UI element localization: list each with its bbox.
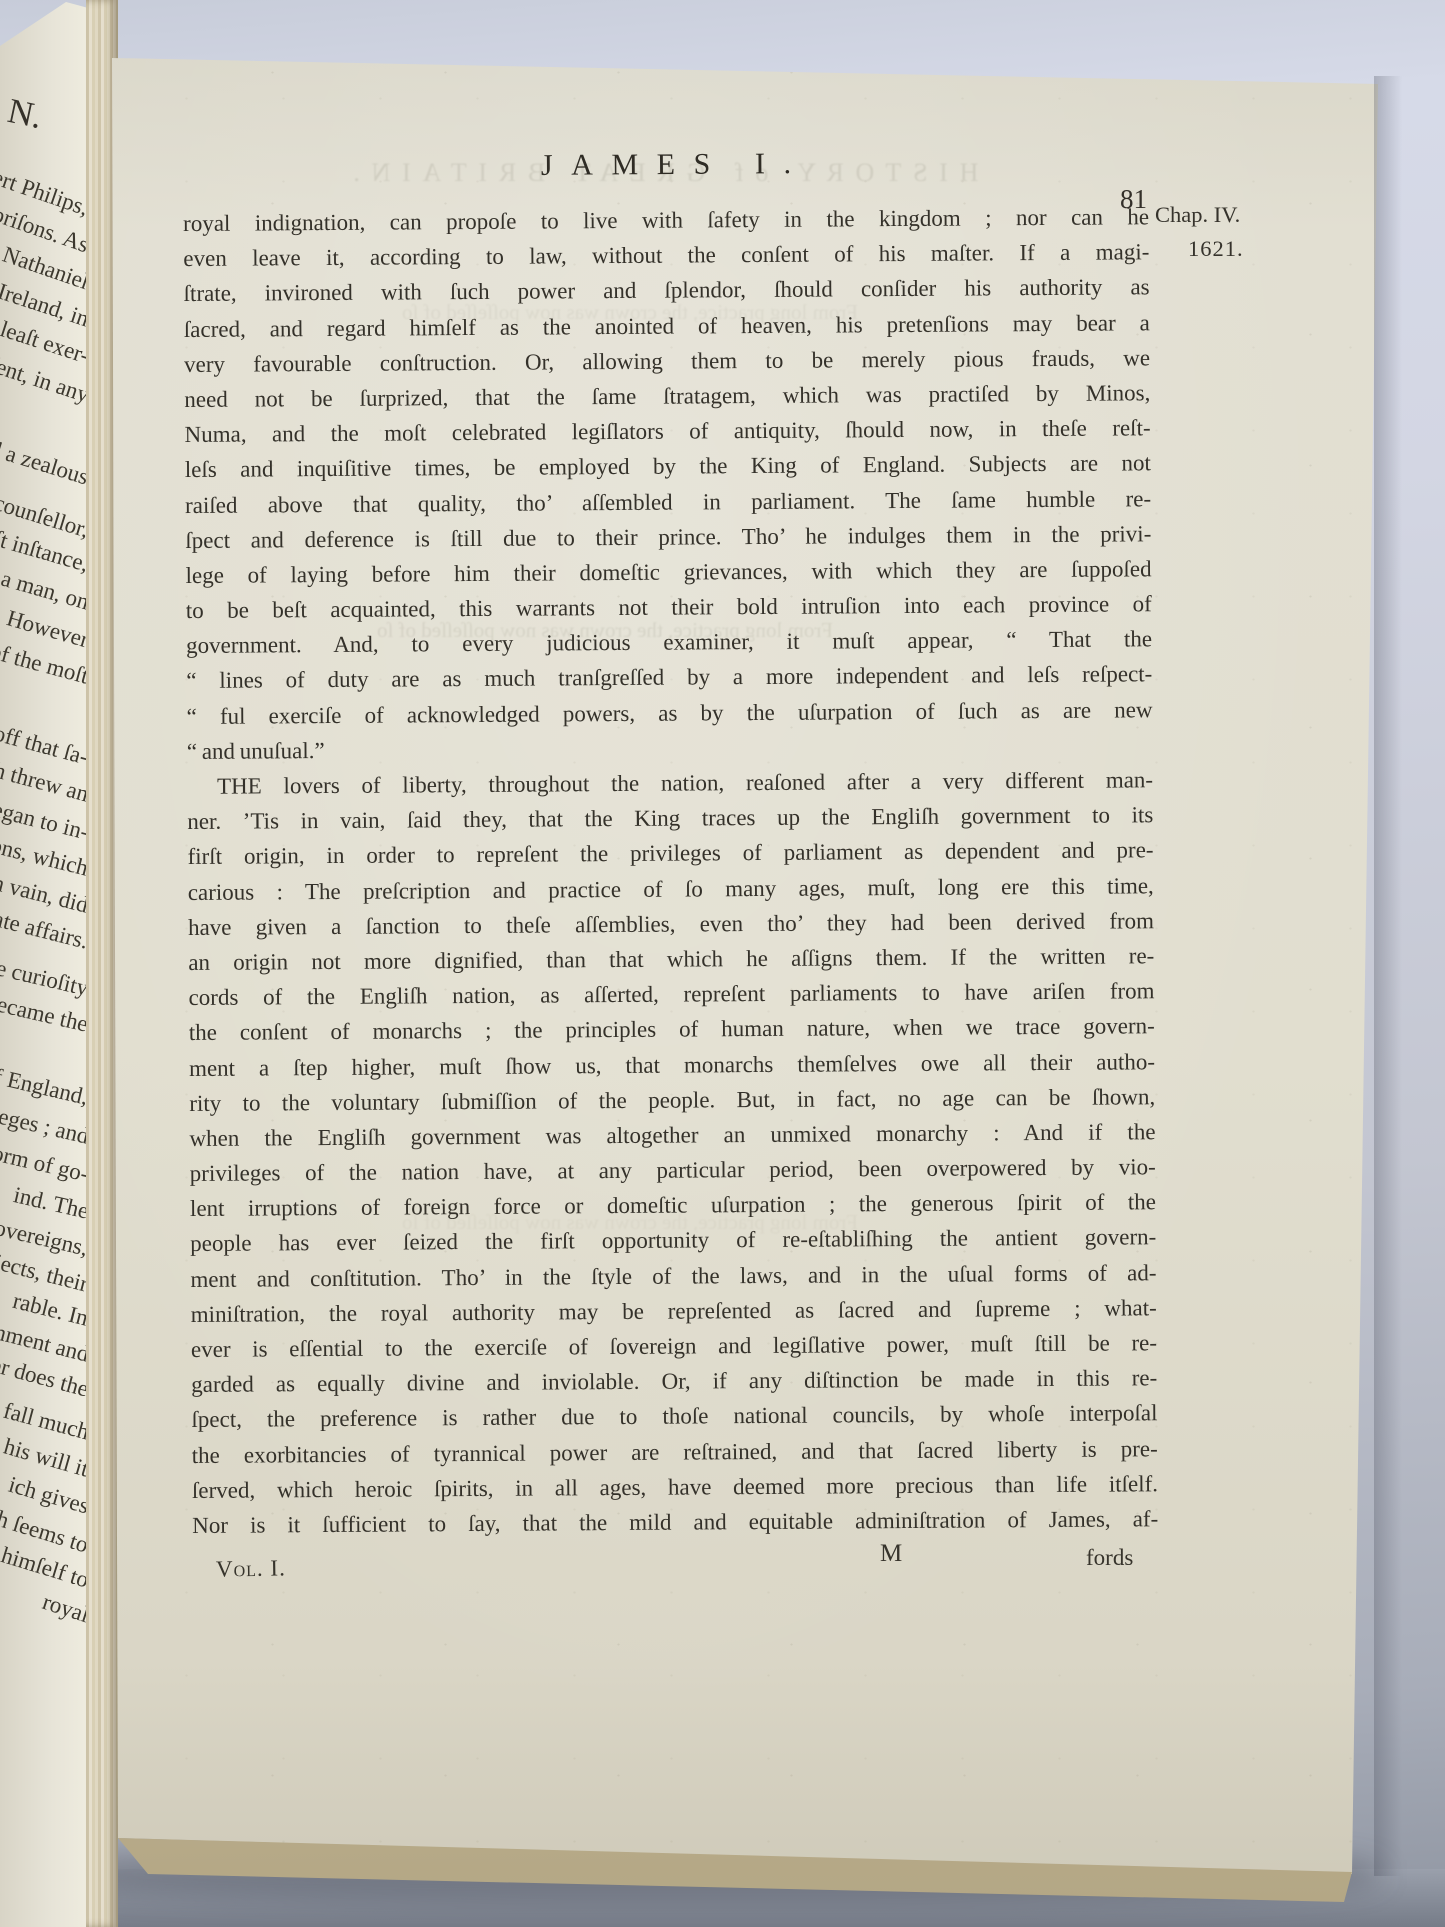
facing-page-text-fragment: nd a zealous: [0, 432, 92, 490]
footer-signature-mark: M: [880, 1540, 902, 1568]
book-page: HISTORY of GREAT BRITAIN. From long prac…: [0, 0, 1445, 1927]
text-line: the conſent of monarchs ; the principles…: [189, 1009, 1155, 1051]
photo-background: N. obert Philips,priſons. AsSir Nathanie…: [0, 0, 1445, 1927]
footer-volume: Vol. I.: [216, 1555, 286, 1582]
footer-catchword: fords: [1086, 1545, 1133, 1571]
margin-note-year: 1621.: [1188, 236, 1244, 262]
margin-note-chapter: Chap. IV.: [1155, 202, 1240, 228]
facing-page-text-fragment: royal: [39, 1589, 92, 1628]
facing-page-text-fragment: ind. The: [11, 1182, 91, 1224]
page-edge-shadow: [1374, 76, 1402, 1876]
body-text: royal indignation, can propoſe to live w…: [183, 199, 1158, 1543]
facing-page-text-fragment: leges ; and: [0, 1102, 91, 1149]
running-head-title: JAMES I.: [183, 145, 1149, 186]
text-line: leſs and inquiſitive times, be employed …: [185, 446, 1151, 488]
text-line: “ ful exerciſe of acknowledged powers, a…: [186, 692, 1152, 734]
text-line: Nor is it ſufficient to ſay, that the mi…: [192, 1501, 1158, 1543]
facing-page-text-fragment: f England,: [0, 1064, 91, 1111]
